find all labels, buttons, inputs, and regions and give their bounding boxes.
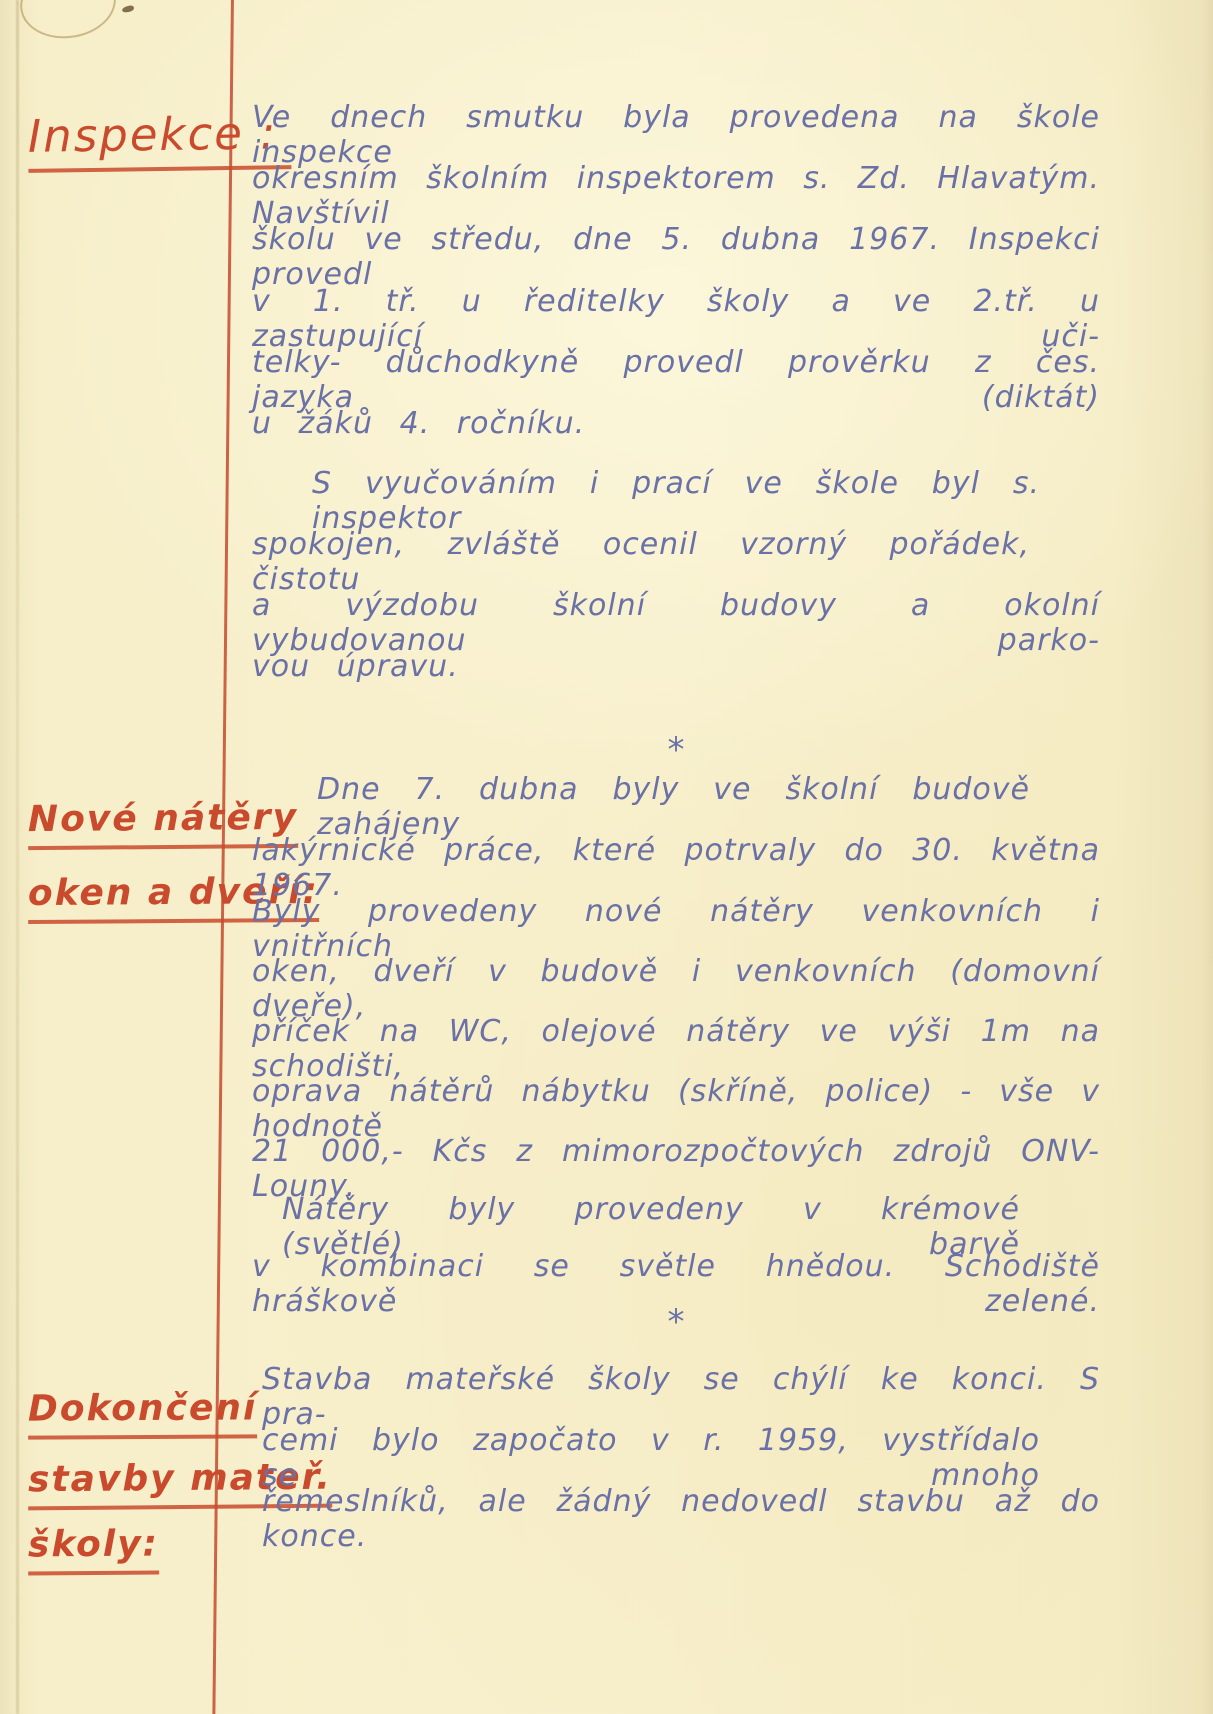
- body-line: spokojen, zvláště ocenil vzorný pořádek,…: [252, 527, 1100, 597]
- ink-speck: [122, 5, 135, 13]
- body-line: okresním školním inspektorem s. Zd. Hlav…: [252, 161, 1100, 231]
- margin-heading-dokonceni-line1: Dokončení: [28, 1387, 258, 1439]
- body-line: školu ve středu, dne 5. dubna 1967. Insp…: [252, 222, 1100, 292]
- body-line: vou úpravu.: [252, 649, 1100, 684]
- body-line: Ve dnech smutku byla provedena na škole …: [252, 100, 1100, 170]
- body-line: telky- důchodkyně provedl prověrku z čes…: [252, 345, 1100, 415]
- chronicle-page: Inspekce : Nové nátěry oken a dveří: Dok…: [0, 0, 1213, 1714]
- body-line: S vyučováním i prací ve škole byl s. ins…: [252, 466, 1100, 536]
- star-separator: *: [252, 1302, 1100, 1342]
- body-line: Dne 7. dubna byly ve školní budově zaháj…: [252, 772, 1100, 842]
- body-line: řemeslníků, ale žádný nedovedl stavbu až…: [252, 1484, 1100, 1554]
- margin-heading-dokonceni-line3: školy:: [28, 1524, 159, 1576]
- body-line: Stavba mateřské školy se chýlí ke konci.…: [252, 1362, 1100, 1432]
- body-line: u žáků 4. ročníku.: [252, 406, 1100, 441]
- star-separator: *: [252, 730, 1100, 770]
- body-line: cemi bylo započato v r. 1959, vystřídalo…: [252, 1423, 1100, 1493]
- body-line: a výzdobu školní budovy a okolní vybudov…: [252, 588, 1100, 658]
- body-line: v 1. tř. u ředitelky školy a ve 2.tř. u …: [252, 284, 1100, 354]
- body-line: lakýrnické práce, které potrvaly do 30. …: [252, 833, 1100, 903]
- paper-crease-left: [16, 0, 19, 1714]
- pencil-oval-mark: [16, 0, 121, 44]
